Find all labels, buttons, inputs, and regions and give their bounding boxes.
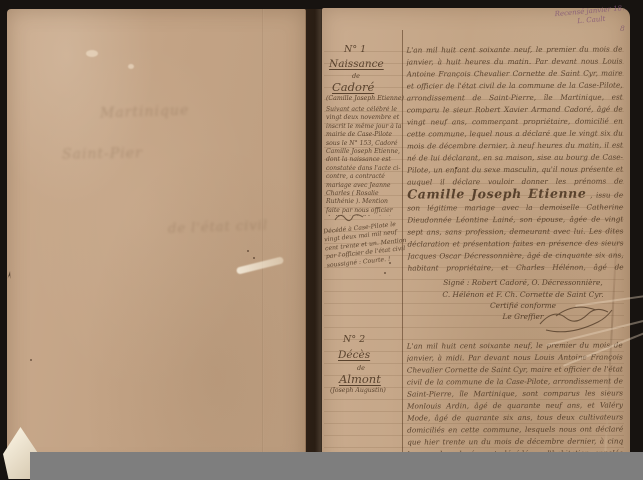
ghost-text-line: Saint-Pier <box>62 145 143 162</box>
left-page-crease <box>262 9 264 470</box>
paper-stain <box>86 50 98 57</box>
entry2-margin-forenames: (Joseph Augustin) <box>330 387 386 394</box>
entry1-margin-forenames: (Camille Joseph Etienne) <box>326 95 404 102</box>
ghost-text-line: Martinique <box>100 102 190 121</box>
ink-speck <box>384 272 386 274</box>
ink-speck <box>30 359 32 361</box>
entry1-text-after-name: , issu de son légitime mariage avec la d… <box>407 190 623 274</box>
page-number: 8 <box>620 24 625 33</box>
ink-speck <box>389 262 391 264</box>
entry2-margin-de: de <box>357 364 365 372</box>
entry1-margin-de: de <box>352 72 360 80</box>
scanner-gray-band <box>30 452 643 480</box>
entry1-death-mention-note: Décédé à Case-Pilote le vingt deux mai m… <box>323 220 411 290</box>
entry1-child-name: Camille Joseph Etienne <box>407 186 586 202</box>
entry2-margin-number: N° 2 <box>343 334 365 345</box>
ink-speck <box>253 257 255 259</box>
entry1-marriage-mention-note: Suivant acte célébré le vingt deux novem… <box>326 106 402 216</box>
entry1-text-before-name: L'an mil huit cent soixante neuf, le pre… <box>406 44 623 186</box>
scanned-register-page: Martinique Saint-Pier de l'état civil Re… <box>0 0 643 480</box>
entry1-act-text: L'an mil huit cent soixante neuf, le pre… <box>406 43 623 274</box>
spine-fold <box>305 9 323 470</box>
entry2-margin-type: Décès <box>338 349 370 361</box>
entry1-margin-surname: Cadoré <box>332 80 374 94</box>
entry1-margin-number: N° 1 <box>344 44 366 55</box>
entry2-act-text: L'an mil huit cent soixante neuf, le pre… <box>407 339 624 458</box>
officer-paraphe-flourish <box>334 213 364 223</box>
entry2-margin-surname: Almont <box>339 372 381 386</box>
ink-speck <box>247 250 249 252</box>
entry1-margin-type: Naissance <box>329 58 384 70</box>
paper-stain <box>128 64 134 69</box>
ink-speck <box>455 167 457 169</box>
